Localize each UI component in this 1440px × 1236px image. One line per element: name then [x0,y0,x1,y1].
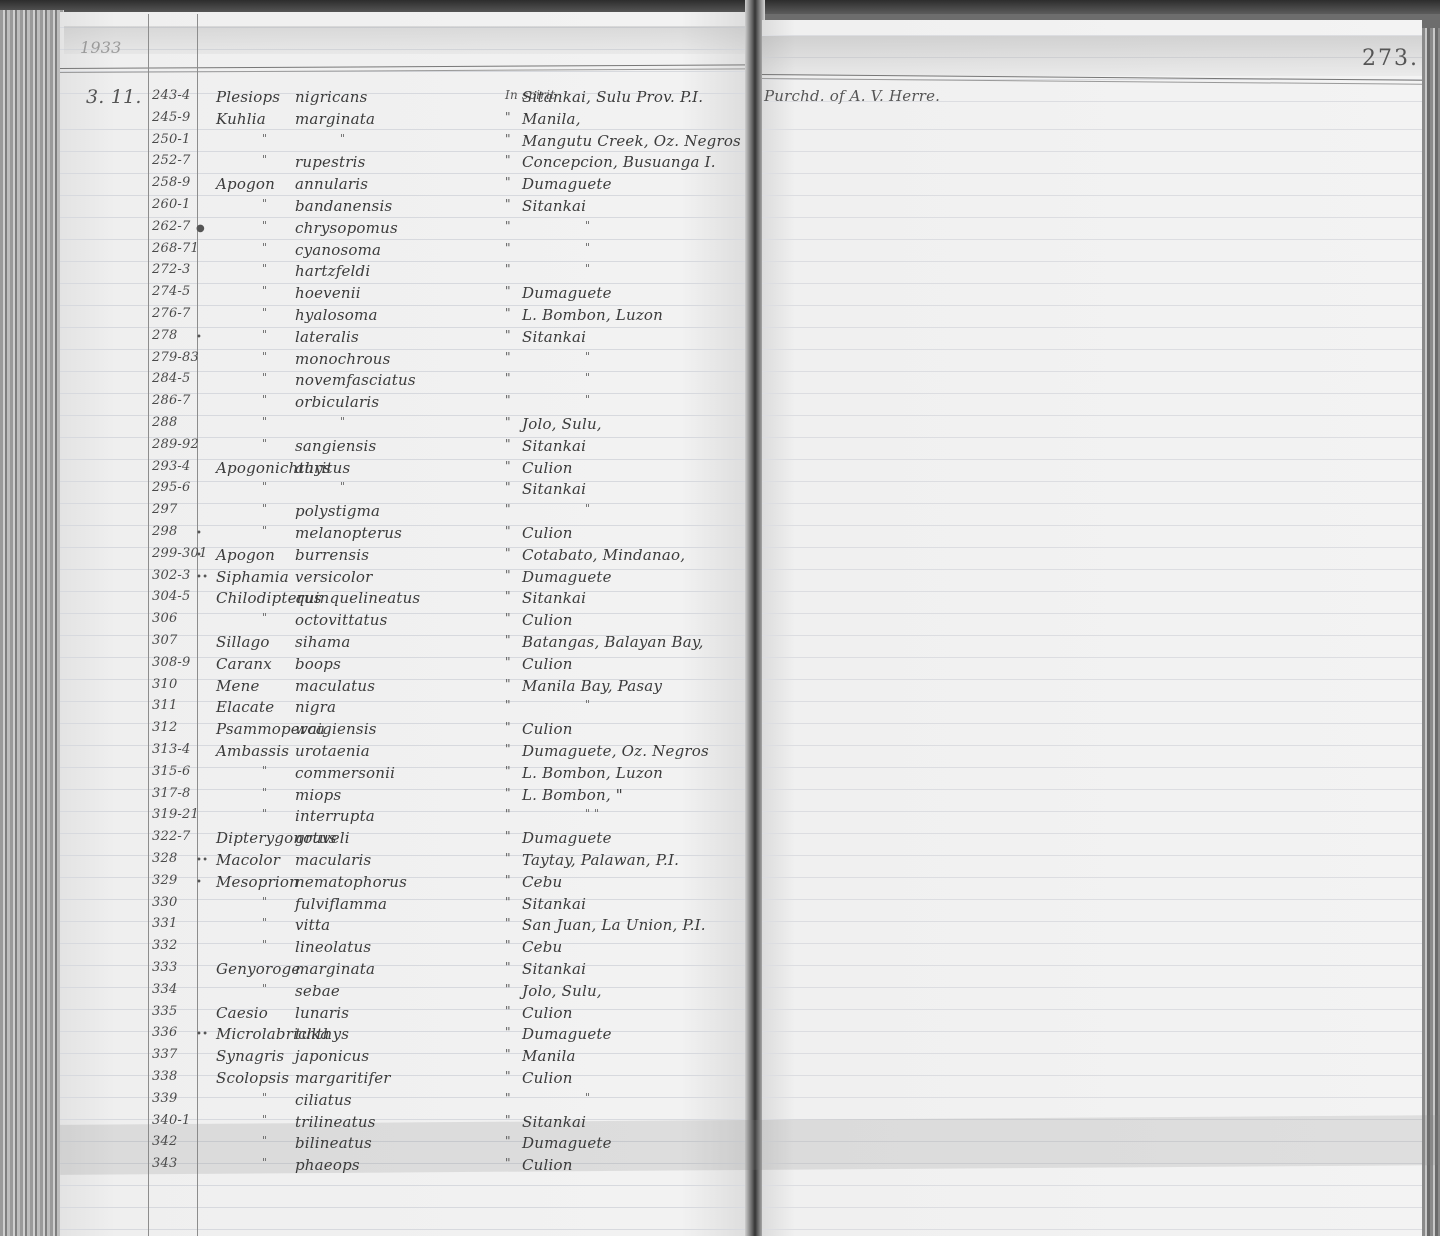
locality: Culion [522,1069,573,1087]
specimen-mark: •• [196,572,208,583]
preservation: " [505,502,511,516]
genus-name: " [262,197,267,210]
genus-name: " [262,1091,267,1104]
register-row: 310Menemaculatus"Manila Bay, Pasay [0,677,740,699]
register-row: 312Psammopercawaigiensis"Culion [0,720,740,742]
specimen-mark: • [196,550,202,561]
preservation: " [505,415,511,429]
locality: Sitankai [522,589,586,607]
species-name: nematophorus [295,873,407,891]
species-name: boops [295,655,341,673]
right-page [762,20,1422,1236]
preservation: " [505,153,511,167]
register-row: 272-3"hartzfeldi"" [0,262,740,284]
preservation: " [505,698,511,712]
genus-name: Siphamia [216,568,289,586]
species-name: versicolor [295,568,372,586]
locality: Sitankai [522,437,586,455]
register-number: 268-71 [152,241,200,256]
register-number: 288 [152,415,200,430]
register-number: 315-6 [152,764,200,779]
locality: Sitankai [522,328,586,346]
locality: Taytay, Palawan, P.I. [522,851,679,869]
preservation: " [505,1004,511,1018]
register-number: 322-7 [152,829,200,844]
species-name: waigiensis [295,720,377,738]
preservation: " [505,371,511,385]
register-row: 260-1"bandanensis"Sitankai [0,197,740,219]
genus-name: " [262,350,267,363]
preservation: " [505,1134,511,1148]
genus-name: Synagris [216,1047,284,1065]
genus-name: " [262,786,267,799]
preservation: " [505,677,511,691]
register-number: 338 [152,1069,200,1084]
genus-name: " [262,611,267,624]
register-row: 343"phaeops"Culion [0,1156,740,1178]
genus-name: " [262,895,267,908]
locality: " [585,502,590,515]
genus-name: Kuhlia [216,110,266,128]
register-number: 272-3 [152,262,200,277]
species-name: sihama [295,633,350,651]
preservation: " [505,938,511,952]
preservation: " [505,175,511,189]
register-row: 268-71"cyanosoma"" [0,241,740,263]
register-number: 279-83 [152,350,200,365]
locality: " [585,698,590,711]
register-row: 278•"lateralis"Sitankai [0,328,740,350]
preservation: " [505,437,511,451]
preservation: " [505,1156,511,1170]
genus-name: " [262,219,267,232]
register-row: 322-7Dipterygonotusgruveli"Dumaguete [0,829,740,851]
genus-name: Scolopsis [216,1069,289,1087]
species-name: margaritifer [295,1069,391,1087]
species-name: tuka [295,1025,330,1043]
genus-name: Mene [216,677,260,695]
register-number: 343 [152,1156,200,1171]
locality: Cebu [522,938,562,956]
preservation: " [505,1069,511,1083]
species-name: bilineatus [295,1134,372,1152]
register-row: 252-7"rupestris"Concepcion, Busuanga I. [0,153,740,175]
genus-name: " [262,328,267,341]
locality: " [585,1091,590,1104]
locality: Dumaguete [522,175,612,193]
locality: Dumaguete [522,568,612,586]
preservation: " [505,328,511,342]
register-row: 304-5Chilodipterusquinquelineatus"Sitank… [0,589,740,611]
genus-name: Elacate [216,698,274,716]
locality: Culion [522,720,573,738]
locality: Manila Bay, Pasay [522,677,662,695]
locality: L. Bombon, " [522,786,623,804]
genus-name: " [262,502,267,515]
preservation: " [505,655,511,669]
purchase-note: Purchd. of A. V. Herre. [764,87,940,105]
preservation: " [505,480,511,494]
species-name: miops [295,786,341,804]
locality: Dumaguete [522,829,612,847]
species-name: hoevenii [295,284,361,302]
preservation: " [505,132,511,146]
register-row: 330"fulviflamma"Sitankai [0,895,740,917]
register-row: 306"octovittatus"Culion [0,611,740,633]
species-name: japonicus [295,1047,369,1065]
locality: Culion [522,1004,573,1022]
register-number: 289-92 [152,437,200,452]
species-name: lateralis [295,328,359,346]
register-row: 333Genyorogemarginata"Sitankai [0,960,740,982]
species-name: quinquelineatus [295,589,420,607]
species-name: chrysopomus [295,219,398,237]
locality: Manila, [522,110,581,128]
genus-name: Plesiops [216,88,280,106]
register-number: 250-1 [152,132,200,147]
preservation: " [505,284,511,298]
preservation: " [505,742,511,756]
register-row: 262-7●"chrysopomus"" [0,219,740,241]
register-row: 315-6"commersonii"L. Bombon, Luzon [0,764,740,786]
genus-name: " [262,524,267,537]
species-name: orbicularis [295,393,379,411]
preservation: " [505,611,511,625]
preservation: " [505,807,511,821]
register-row: 332"lineolatus"Cebu [0,938,740,960]
genus-name: Caranx [216,655,272,673]
register-number: 339 [152,1091,200,1106]
genus-name: Sillago [216,633,270,651]
register-number: 317-8 [152,786,200,801]
species-name: " [340,415,345,428]
register-row: 295-6"""Sitankai [0,480,740,502]
register-number: 342 [152,1134,200,1149]
register-row: 243-4PlesiopsnigricansIn spiritSitankai,… [0,88,740,110]
register-row: 307Sillagosihama"Batangas, Balayan Bay, [0,633,740,655]
register-number: 333 [152,960,200,975]
preservation: " [505,1025,511,1039]
genus-name: " [262,1134,267,1147]
locality: L. Bombon, Luzon [522,306,663,324]
locality: Dumaguete [522,1134,612,1152]
species-name: trilineatus [295,1113,376,1131]
register-row: 319-21"interrupta"" " [0,807,740,829]
genus-name: " [262,764,267,777]
genus-name: " [262,437,267,450]
register-row: 288"""Jolo, Sulu, [0,415,740,437]
register-number: 293-4 [152,459,200,474]
register-row: 336••Microlabrichthystuka"Dumaguete [0,1025,740,1047]
register-row: 337Synagrisjaponicus"Manila [0,1047,740,1069]
register-number: 311 [152,698,200,713]
locality: " [585,350,590,363]
locality: Sitankai [522,1113,586,1131]
register-number: 312 [152,720,200,735]
species-name: " [340,480,345,493]
locality: " " [585,807,599,820]
right-page-edges [1422,28,1440,1236]
species-name: lunaris [295,1004,349,1022]
register-number: 262-7 [152,219,200,234]
specimen-mark: •• [196,1029,208,1040]
genus-name: " [262,480,267,493]
register-number: 332 [152,938,200,953]
preservation: " [505,786,511,800]
locality: " [585,393,590,406]
locality: " [585,219,590,232]
register-number: 276-7 [152,306,200,321]
locality: Jolo, Sulu, [522,415,602,433]
register-row: 302-3••Siphamiaversicolor"Dumaguete [0,568,740,590]
register-row: 339"ciliatus"" [0,1091,740,1113]
genus-name: " [262,938,267,951]
preservation: " [505,546,511,560]
register-row: 279-83"monochrous"" [0,350,740,372]
genus-name: Apogon [216,175,275,193]
locality: Sitankai [522,960,586,978]
species-name: polystigma [295,502,380,520]
locality: Manila [522,1047,576,1065]
register-row: 274-5"hoevenii"Dumaguete [0,284,740,306]
preservation: " [505,459,511,473]
register-row: 286-7"orbicularis"" [0,393,740,415]
register-row: 338Scolopsismargaritifer"Culion [0,1069,740,1091]
locality: Batangas, Balayan Bay, [522,633,704,651]
species-name: bandanensis [295,197,392,215]
genus-name: " [262,982,267,995]
species-name: maculatus [295,677,375,695]
register-number: 299-301 [152,546,200,561]
genus-name: Macolor [216,851,280,869]
genus-name: " [262,262,267,275]
register-row: 250-1"""Mangutu Creek, Oz. Negros [0,132,740,154]
page-number: 273. [1362,46,1419,71]
preservation: " [505,350,511,364]
species-name: macularis [295,851,371,869]
species-name: nigra [295,698,336,716]
preservation: " [505,916,511,930]
genus-name: " [262,393,267,406]
register-number: 313-4 [152,742,200,757]
register-row: 308-9Caranxboops"Culion [0,655,740,677]
preservation: " [505,633,511,647]
genus-name: " [262,807,267,820]
preservation: " [505,829,511,843]
locality: Sitankai, Sulu Prov. P.I. [522,88,703,106]
genus-name: " [262,916,267,929]
register-row: 297"polystigma"" [0,502,740,524]
preservation: " [505,720,511,734]
register-number: 295-6 [152,480,200,495]
preservation: " [505,219,511,233]
specimen-mark: • [196,877,202,888]
species-name: sangiensis [295,437,376,455]
preservation: " [505,110,511,124]
locality: " [585,241,590,254]
genus-name: " [262,306,267,319]
genus-name: Caesio [216,1004,268,1022]
register-row: 298•"melanopterus"Culion [0,524,740,546]
register-row: 334"sebae"Jolo, Sulu, [0,982,740,1004]
register-row: 342"bilineatus"Dumaguete [0,1134,740,1156]
register-number: 310 [152,677,200,692]
specimen-mark: • [196,528,202,539]
species-name: melanopterus [295,524,402,542]
specimen-mark: • [196,332,202,343]
register-number: 302-3 [152,568,200,583]
species-name: marginata [295,110,375,128]
register-number: 337 [152,1047,200,1062]
locality: Culion [522,611,573,629]
genus-name: " [262,1113,267,1126]
register-number: 286-7 [152,393,200,408]
locality: Dumaguete, Oz. Negros [522,742,709,760]
species-name: hyalosoma [295,306,378,324]
preservation: " [505,851,511,865]
preservation: " [505,982,511,996]
locality: Concepcion, Busuanga I. [522,153,716,171]
preservation: " [505,393,511,407]
register-number: 330 [152,895,200,910]
locality: Dumaguete [522,284,612,302]
locality: " [585,262,590,275]
species-name: urotaenia [295,742,370,760]
register-row: 258-9Apogonannularis"Dumaguete [0,175,740,197]
right-header-band [762,36,1422,76]
species-name: rupestris [295,153,366,171]
locality: Culion [522,1156,573,1174]
species-name: lineolatus [295,938,371,956]
register-row: 331"vitta"San Juan, La Union, P.I. [0,916,740,938]
register-number: 297 [152,502,200,517]
preservation: " [505,589,511,603]
register-row: 313-4Ambassisurotaenia"Dumaguete, Oz. Ne… [0,742,740,764]
preservation: " [505,197,511,211]
species-name: hartzfeldi [295,262,370,280]
register-number: 334 [152,982,200,997]
preservation: " [505,524,511,538]
register-row: 329•Mesoprionnematophorus"Cebu [0,873,740,895]
register-number: 319-21 [152,807,200,822]
genus-name: " [262,284,267,297]
specimen-mark: ● [196,223,205,234]
preservation: " [505,764,511,778]
register-number: 306 [152,611,200,626]
locality: Jolo, Sulu, [522,982,602,1000]
register-row: 340-1"trilineatus"Sitankai [0,1113,740,1135]
preservation: " [505,960,511,974]
preservation: " [505,262,511,276]
locality: Dumaguete [522,1025,612,1043]
species-name: gruveli [295,829,350,847]
genus-name: Apogon [216,546,275,564]
genus-name: Mesoprion [216,873,299,891]
genus-name: " [262,415,267,428]
register-number: 278 [152,328,200,343]
register-row: 293-4Apogonichthysauritus"Culion [0,459,740,481]
locality: San Juan, La Union, P.I. [522,916,706,934]
species-name: commersonii [295,764,395,782]
genus-name: " [262,371,267,384]
register-row: 328••Macolormacularis"Taytay, Palawan, P… [0,851,740,873]
genus-name: " [262,1156,267,1169]
register-number: 304-5 [152,589,200,604]
species-name: auritus [295,459,350,477]
register-number: 243-4 [152,88,200,103]
locality: Culion [522,655,573,673]
year-heading: 1933 [80,38,122,57]
register-number: 298 [152,524,200,539]
register-number: 335 [152,1004,200,1019]
register-number: 252-7 [152,153,200,168]
locality: Cebu [522,873,562,891]
species-name: monochrous [295,350,391,368]
genus-name: Genyoroge [216,960,301,978]
register-number: 308-9 [152,655,200,670]
register-row: 289-92"sangiensis"Sitankai [0,437,740,459]
locality: Culion [522,459,573,477]
register-number: 331 [152,916,200,931]
register-number: 274-5 [152,284,200,299]
locality: L. Bombon, Luzon [522,764,663,782]
register-number: 258-9 [152,175,200,190]
species-name: marginata [295,960,375,978]
left-header-band [64,26,750,54]
preservation: " [505,1047,511,1061]
species-name: burrensis [295,546,369,564]
preservation: " [505,873,511,887]
species-name: nigricans [295,88,368,106]
species-name: cyanosoma [295,241,381,259]
genus-name: " [262,153,267,166]
locality: Sitankai [522,197,586,215]
preservation: " [505,568,511,582]
species-name: fulviflamma [295,895,387,913]
register-row: 284-5"novemfasciatus"" [0,371,740,393]
preservation: " [505,306,511,320]
genus-name: Ambassis [216,742,289,760]
species-name: sebae [295,982,340,1000]
genus-name: " [262,241,267,254]
locality: Mangutu Creek, Oz. Negros [522,132,741,150]
species-name: vitta [295,916,330,934]
species-name: annularis [295,175,368,193]
register-number: 307 [152,633,200,648]
register-row: 317-8"miops"L. Bombon, " [0,786,740,808]
species-name: interrupta [295,807,375,825]
register-number: 245-9 [152,110,200,125]
locality: Culion [522,524,573,542]
register-row: 311Elacatenigra"" [0,698,740,720]
register-row: 335Caesiolunaris"Culion [0,1004,740,1026]
register-number: 284-5 [152,371,200,386]
locality: Sitankai [522,480,586,498]
register-number: 328 [152,851,200,866]
ledger-spread: 1933 3. 11. 273. Purchd. of A. V. Herre.… [0,0,1440,1236]
species-name: phaeops [295,1156,360,1174]
locality: Sitankai [522,895,586,913]
register-row: 299-301•Apogonburrensis"Cotabato, Mindan… [0,546,740,568]
register-row: 276-7"hyalosoma"L. Bombon, Luzon [0,306,740,328]
register-number: 336 [152,1025,200,1040]
locality: Cotabato, Mindanao, [522,546,685,564]
register-number: 329 [152,873,200,888]
preservation: " [505,241,511,255]
genus-name: " [262,132,267,145]
specimen-mark: •• [196,855,208,866]
locality: " [585,371,590,384]
